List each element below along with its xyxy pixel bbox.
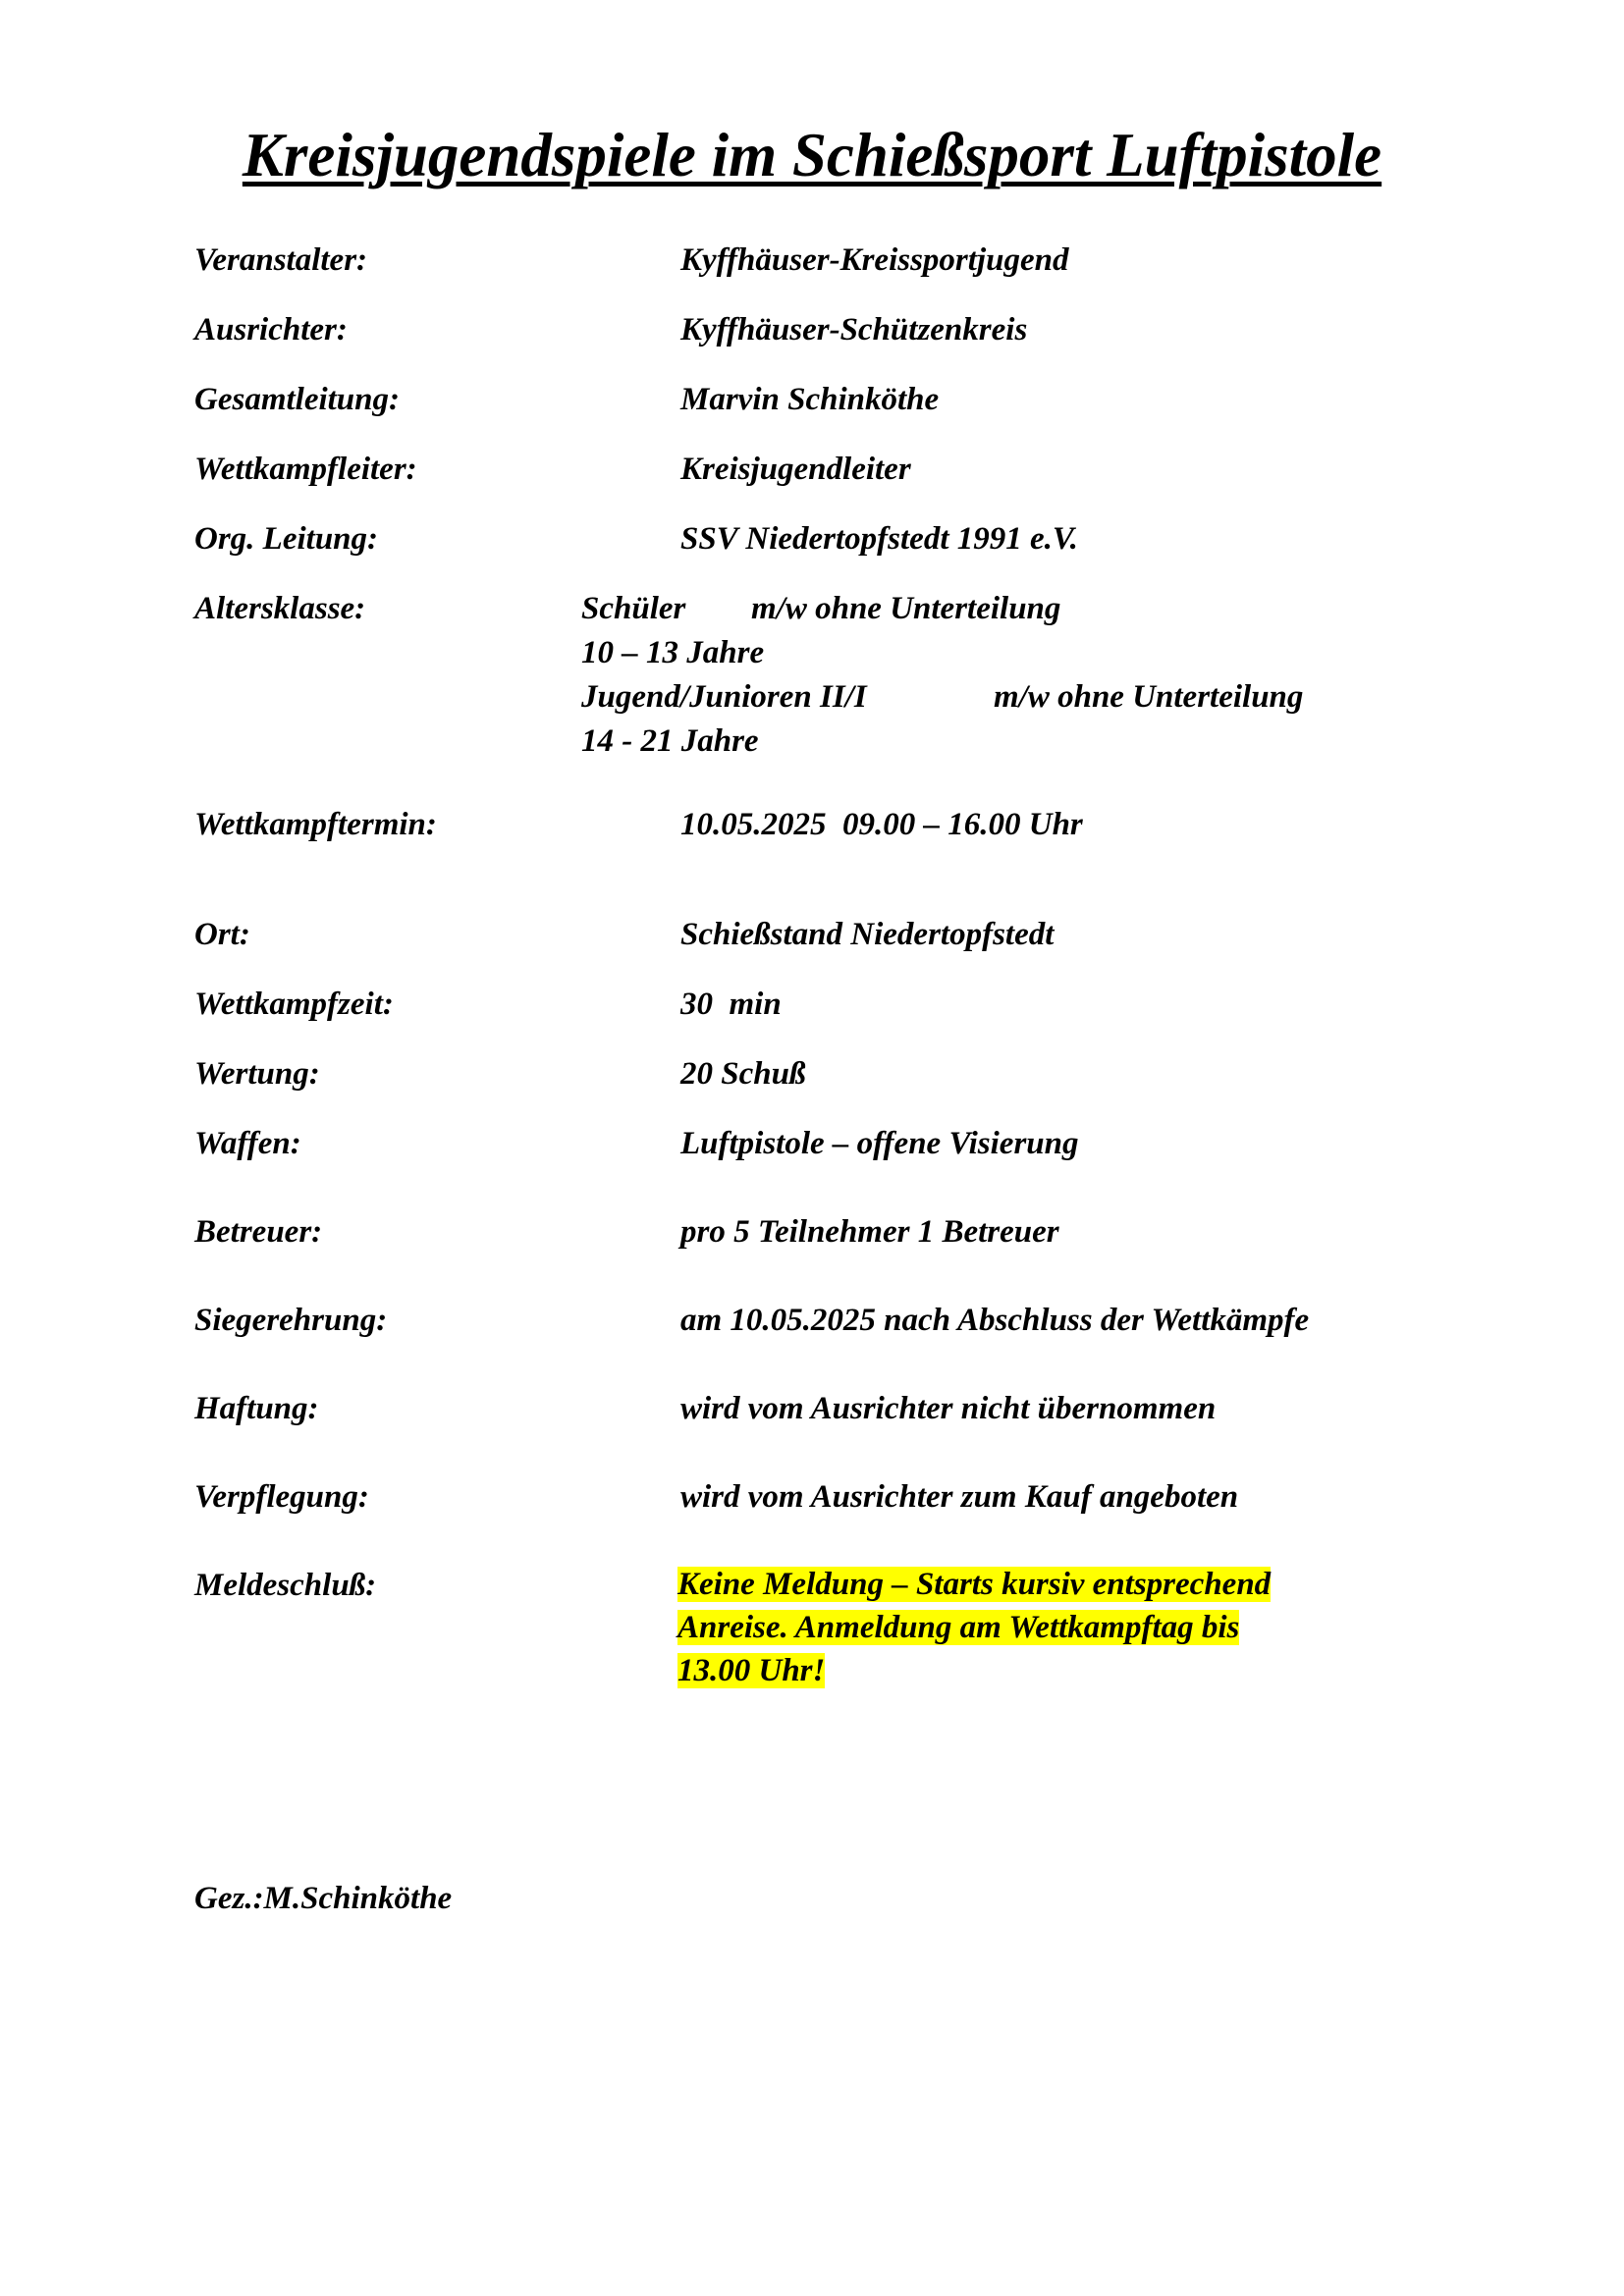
highlighted-text: Anreise. Anmeldung am Wettkampftag bis — [677, 1610, 1239, 1645]
value-siegerehrung: am 10.05.2025 nach Abschluss der Wettkäm… — [680, 1299, 1309, 1342]
value-betreuer: pro 5 Teilnehmer 1 Betreuer — [680, 1210, 1059, 1254]
label-ausrichter: Ausrichter: — [194, 308, 348, 351]
label-wettkampfzeit: Wettkampfzeit: — [194, 983, 394, 1026]
label-veranstalter: Veranstalter: — [194, 239, 367, 282]
label-wettkampfleiter: Wettkampfleiter: — [194, 448, 417, 491]
value-waffen: Luftpistole – offene Visierung — [680, 1122, 1079, 1165]
value-wettkampftermin: 10.05.2025 09.00 – 16.00 Uhr — [680, 803, 1083, 846]
label-wettkampftermin: Wettkampftermin: — [194, 803, 437, 846]
value-meldeschluss: Keine Meldung – Starts kursiv entspreche… — [677, 1563, 1424, 1692]
label-gesamtleitung: Gesamtleitung: — [194, 378, 400, 421]
value-wertung: 20 Schuß — [680, 1052, 805, 1095]
altersklasse-list: Schüler m/w ohne Unterteilung 10 – 13 Ja… — [581, 587, 867, 764]
label-meldeschluss: Meldeschluß: — [194, 1564, 376, 1607]
label-ort: Ort: — [194, 913, 250, 956]
value-verpflegung: wird vom Ausrichter zum Kauf angeboten — [680, 1475, 1238, 1519]
label-wertung: Wertung: — [194, 1052, 320, 1095]
class-ages: 14 - 21 Jahre — [581, 720, 867, 764]
class-schueler: Schüler m/w ohne Unterteilung — [581, 587, 867, 631]
class-jugend: Jugend/Junioren II/I m/w ohne Unterteilu… — [581, 675, 867, 720]
value-ort: Schießstand Niedertopfstedt — [680, 913, 1054, 956]
document-title: Kreisjugendspiele im Schießsport Luftpis… — [0, 116, 1624, 194]
class-gender: m/w ohne Unterteilung — [994, 675, 1303, 719]
class-ages: 10 – 13 Jahre — [581, 631, 867, 675]
class-name: Schüler — [581, 591, 685, 626]
class-name: Jugend/Junioren II/I — [581, 679, 867, 715]
highlighted-text: 13.00 Uhr! — [677, 1653, 825, 1688]
class-gender: m/w ohne Unterteilung — [751, 587, 1060, 630]
label-verpflegung: Verpflegung: — [194, 1475, 369, 1519]
highlighted-text: Keine Meldung – Starts kursiv entspreche… — [677, 1567, 1271, 1602]
label-altersklasse: Altersklasse: — [194, 587, 365, 630]
value-ausrichter: Kyffhäuser-Schützenkreis — [680, 308, 1027, 351]
label-betreuer: Betreuer: — [194, 1210, 322, 1254]
value-wettkampfleiter: Kreisjugendleiter — [680, 448, 911, 491]
document-page: Kreisjugendspiele im Schießsport Luftpis… — [0, 0, 1624, 2296]
value-wettkampfzeit: 30 min — [680, 983, 782, 1026]
value-gesamtleitung: Marvin Schinköthe — [680, 378, 939, 421]
value-org-leitung: SSV Niedertopfstedt 1991 e.V. — [680, 517, 1078, 561]
signature: Gez.:M.Schinköthe — [194, 1877, 452, 1920]
label-waffen: Waffen: — [194, 1122, 301, 1165]
label-org-leitung: Org. Leitung: — [194, 517, 378, 561]
value-veranstalter: Kyffhäuser-Kreissportjugend — [680, 239, 1068, 282]
label-haftung: Haftung: — [194, 1387, 319, 1430]
label-siegerehrung: Siegerehrung: — [194, 1299, 387, 1342]
value-haftung: wird vom Ausrichter nicht übernommen — [680, 1387, 1216, 1430]
